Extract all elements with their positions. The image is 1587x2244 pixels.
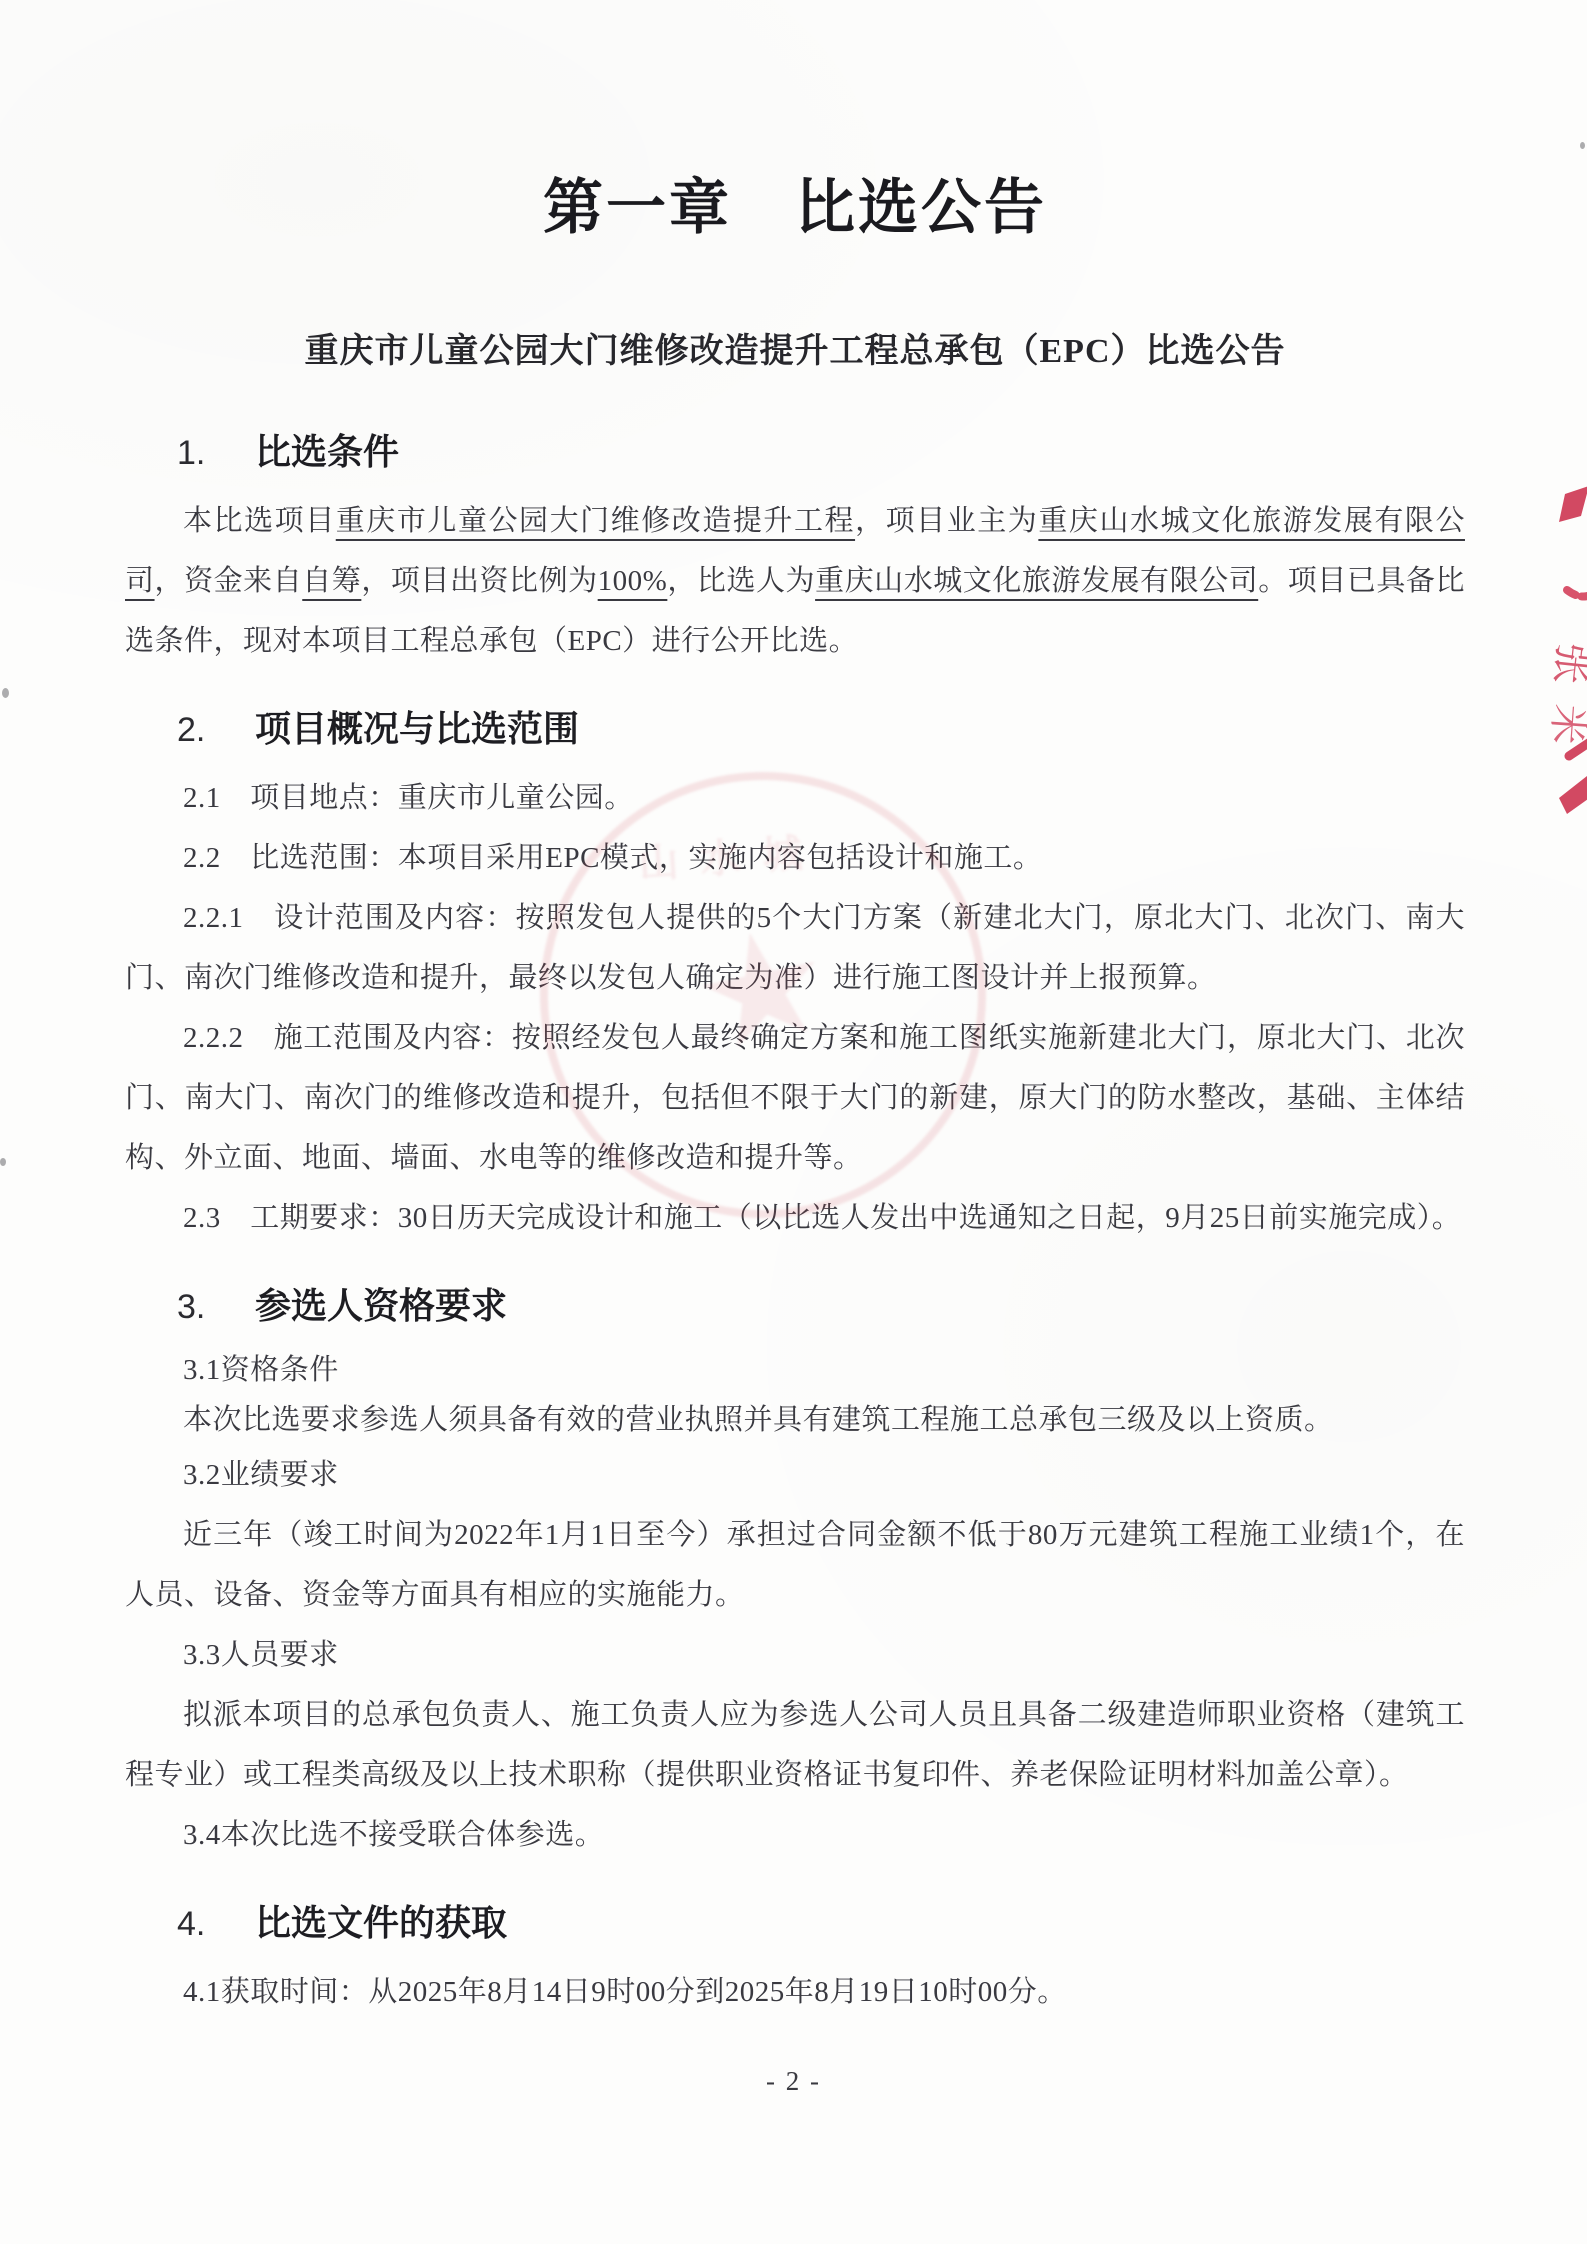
seal-stroke-diamond-bottom xyxy=(1559,776,1587,814)
chapter-title: 第一章 比选公告 xyxy=(125,172,1465,244)
section-number: 1. xyxy=(177,429,255,477)
text-run: ，资金来自 xyxy=(155,565,303,597)
text-run: 2.2.1 设计范围及内容：按照发包人提供的5个大门方案（新建北大门，原北大门、… xyxy=(125,902,1465,994)
announcement-subtitle: 重庆市儿童公园大门维修改造提升工程总承包（EPC）比选公告 xyxy=(125,328,1465,376)
section-heading: 4.比选文件的获取 xyxy=(177,1899,1465,1948)
paragraph: 3.1资格条件 xyxy=(125,1345,1465,1395)
text-run: ，比选人为 xyxy=(667,565,815,597)
underlined-text: 100% xyxy=(598,565,668,597)
text-run: 3.3人员要求 xyxy=(183,1639,339,1671)
section: 2.项目概况与比选范围2.1 项目地点：重庆市儿童公园。2.2 比选范围：本项目… xyxy=(125,705,1465,1248)
paragraph: 4.1获取时间：从2025年8月14日9时00分到2025年8月19日10时00… xyxy=(125,1962,1465,2022)
text-run: 2.2.2 施工范围及内容：按照经发包人最终确定方案和施工图纸实施新建北大门，原… xyxy=(125,1022,1465,1174)
seal-stroke-diamond-top xyxy=(1559,486,1587,522)
text-run: 2.1 项目地点：重庆市儿童公园。 xyxy=(183,782,634,814)
paragraph: 2.2.1 设计范围及内容：按照发包人提供的5个大门方案（新建北大门，原北大门、… xyxy=(125,888,1465,1008)
scan-speck xyxy=(2,688,9,698)
paragraph: 近三年（竣工时间为2022年1月1日至今）承担过合同金额不低于80万元建筑工程施… xyxy=(125,1505,1465,1625)
seal-glyph-fragment-1: 张 xyxy=(1546,640,1587,687)
section-heading: 3.参选人资格要求 xyxy=(177,1282,1465,1331)
text-run: 2.3 工期要求：30日历天完成设计和施工（以比选人发出中选通知之日起，9月25… xyxy=(183,1202,1461,1234)
underlined-text: 重庆市儿童公园大门维修改造提升工程 xyxy=(336,505,855,537)
seal-stroke-curve xyxy=(1567,590,1587,597)
document-body: 第一章 比选公告 重庆市儿童公园大门维修改造提升工程总承包（EPC）比选公告 1… xyxy=(125,0,1465,2022)
text-run: 本比选项目 xyxy=(183,505,336,537)
paragraph: 本次比选要求参选人须具备有效的营业执照并具有建筑工程施工总承包三级及以上资质。 xyxy=(125,1395,1465,1445)
paragraph: 2.2 比选范围：本项目采用EPC模式，实施内容包括设计和施工。 xyxy=(125,828,1465,888)
section: 1.比选条件本比选项目重庆市儿童公园大门维修改造提升工程，项目业主为重庆山水城文… xyxy=(125,428,1465,671)
text-run: 本次比选要求参选人须具备有效的营业执照并具有建筑工程施工总承包三级及以上资质。 xyxy=(183,1404,1334,1436)
paragraph: 本比选项目重庆市儿童公园大门维修改造提升工程，项目业主为重庆山水城文化旅游发展有… xyxy=(125,491,1465,671)
scan-speck xyxy=(1580,142,1585,149)
paragraph: 2.3 工期要求：30日历天完成设计和施工（以比选人发出中选通知之日起，9月25… xyxy=(125,1188,1465,1248)
paragraph: 3.3人员要求 xyxy=(125,1625,1465,1685)
paragraph: 拟派本项目的总承包负责人、施工负责人应为参选人公司人员且具备二级建造师职业资格（… xyxy=(125,1685,1465,1805)
seal-stroke-slash xyxy=(1569,740,1587,756)
text-run: 拟派本项目的总承包负责人、施工负责人应为参选人公司人员且具备二级建造师职业资格（… xyxy=(125,1699,1465,1791)
paragraph: 2.2.2 施工范围及内容：按照经发包人最终确定方案和施工图纸实施新建北大门，原… xyxy=(125,1008,1465,1188)
text-run: 2.2 比选范围：本项目采用EPC模式，实施内容包括设计和施工。 xyxy=(183,842,1042,874)
section-title: 参选人资格要求 xyxy=(255,1282,507,1330)
paragraph: 2.1 项目地点：重庆市儿童公园。 xyxy=(125,768,1465,828)
section: 4.比选文件的获取4.1获取时间：从2025年8月14日9时00分到2025年8… xyxy=(125,1899,1465,2022)
section-number: 2. xyxy=(177,706,255,754)
document-page: 第一章 比选公告 重庆市儿童公园大门维修改造提升工程总承包（EPC）比选公告 1… xyxy=(0,0,1587,2244)
text-run: ，项目出资比例为 xyxy=(361,565,597,597)
scan-speck xyxy=(0,1158,6,1166)
section-number: 4. xyxy=(177,1900,255,1948)
text-run: 近三年（竣工时间为2022年1月1日至今）承担过合同金额不低于80万元建筑工程施… xyxy=(125,1519,1465,1611)
section-heading: 1.比选条件 xyxy=(177,428,1465,477)
section: 3.参选人资格要求3.1资格条件本次比选要求参选人须具备有效的营业执照并具有建筑… xyxy=(125,1282,1465,1865)
paragraph: 3.2业绩要求 xyxy=(125,1445,1465,1505)
underlined-text: 自筹 xyxy=(302,565,361,597)
text-run: 3.2业绩要求 xyxy=(183,1459,339,1491)
sections: 1.比选条件本比选项目重庆市儿童公园大门维修改造提升工程，项目业主为重庆山水城文… xyxy=(125,428,1465,2022)
section-title: 比选文件的获取 xyxy=(255,1899,507,1947)
underlined-text: 重庆山水城文化旅游发展有限公司 xyxy=(815,565,1258,597)
paragraph: 3.4本次比选不接受联合体参选。 xyxy=(125,1805,1465,1865)
text-run: 3.4本次比选不接受联合体参选。 xyxy=(183,1819,604,1851)
text-run: 4.1获取时间：从2025年8月14日9时00分到2025年8月19日10时00… xyxy=(183,1976,1067,2008)
section-title: 项目概况与比选范围 xyxy=(255,705,579,753)
page-number: - 2 - xyxy=(0,2066,1587,2097)
section-number: 3. xyxy=(177,1283,255,1331)
section-title: 比选条件 xyxy=(255,428,399,476)
text-run: 3.1资格条件 xyxy=(183,1354,339,1386)
red-seal-fragment: 张 米 xyxy=(1503,486,1587,816)
text-run: ，项目业主为 xyxy=(855,505,1038,537)
seal-glyph-fragment-2: 米 xyxy=(1544,703,1587,746)
section-heading: 2.项目概况与比选范围 xyxy=(177,705,1465,754)
